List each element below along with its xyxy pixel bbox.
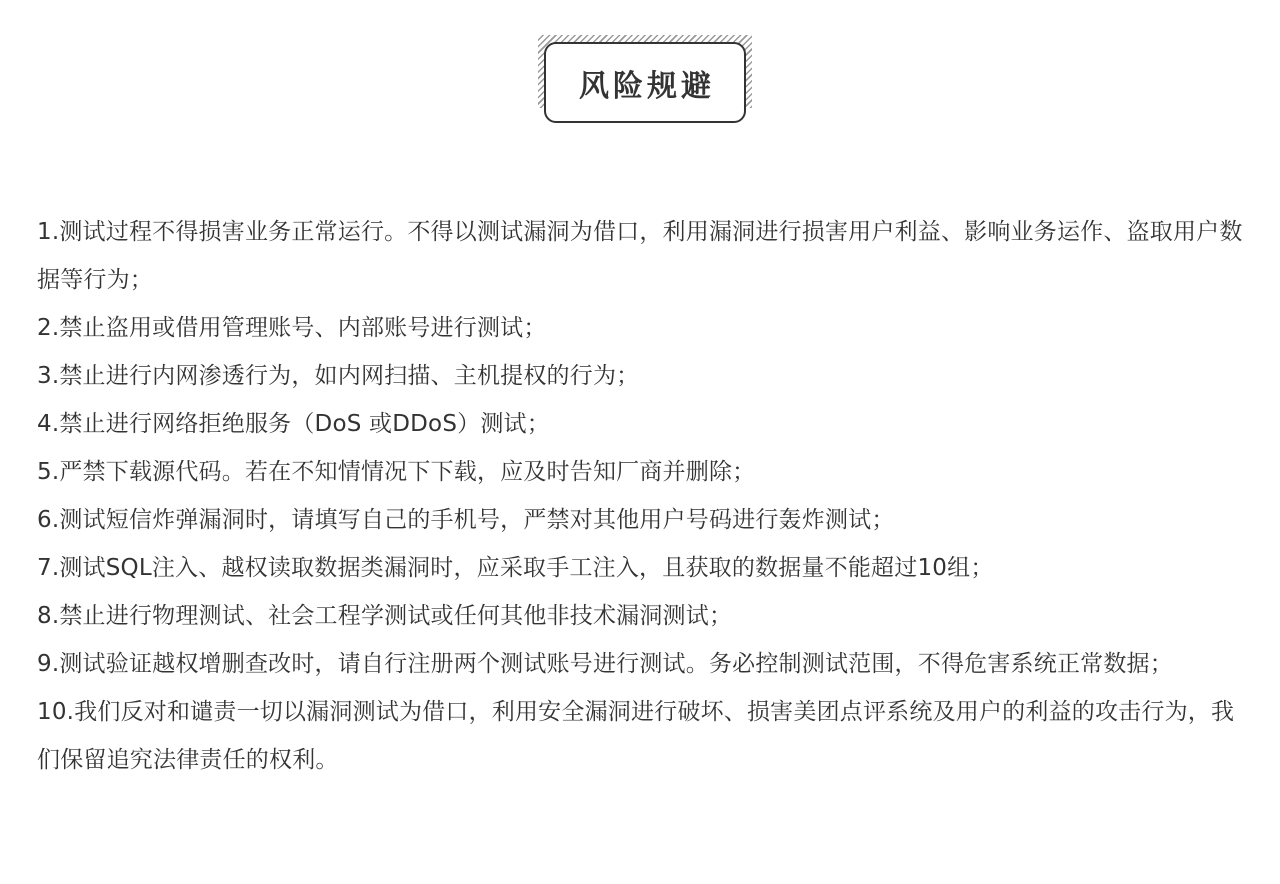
section-title: 风险规避 [575,61,715,105]
section-title-badge: 风险规避 [538,35,752,125]
rule-item-9: 9.测试验证越权增删查改时，请自行注册两个测试账号进行测试。务必控制测试范围，不… [37,640,1252,688]
rule-item-7: 7.测试SQL注入、越权读取数据类漏洞时，应采取手工注入，且获取的数据量不能超过… [37,544,1252,592]
rule-item-5: 5.严禁下载源代码。若在不知情情况下下载，应及时告知厂商并删除； [37,448,1252,496]
rule-item-3: 3.禁止进行内网渗透行为，如内网扫描、主机提权的行为； [37,352,1252,400]
rule-item-1: 1.测试过程不得损害业务正常运行。不得以测试漏洞为借口，利用漏洞进行损害用户利益… [37,208,1252,304]
rules-list: 1.测试过程不得损害业务正常运行。不得以测试漏洞为借口，利用漏洞进行损害用户利益… [37,208,1252,784]
rule-item-10: 10.我们反对和谴责一切以漏洞测试为借口，利用安全漏洞进行破坏、损害美团点评系统… [37,688,1252,784]
rule-item-8: 8.禁止进行物理测试、社会工程学测试或任何其他非技术漏洞测试； [37,592,1252,640]
rule-item-2: 2.禁止盗用或借用管理账号、内部账号进行测试； [37,304,1252,352]
rule-item-6: 6.测试短信炸弹漏洞时，请填写自己的手机号，严禁对其他用户号码进行轰炸测试； [37,496,1252,544]
title-box: 风险规避 [544,42,746,123]
rule-item-4: 4.禁止进行网络拒绝服务（DoS 或DDoS）测试； [37,400,1252,448]
